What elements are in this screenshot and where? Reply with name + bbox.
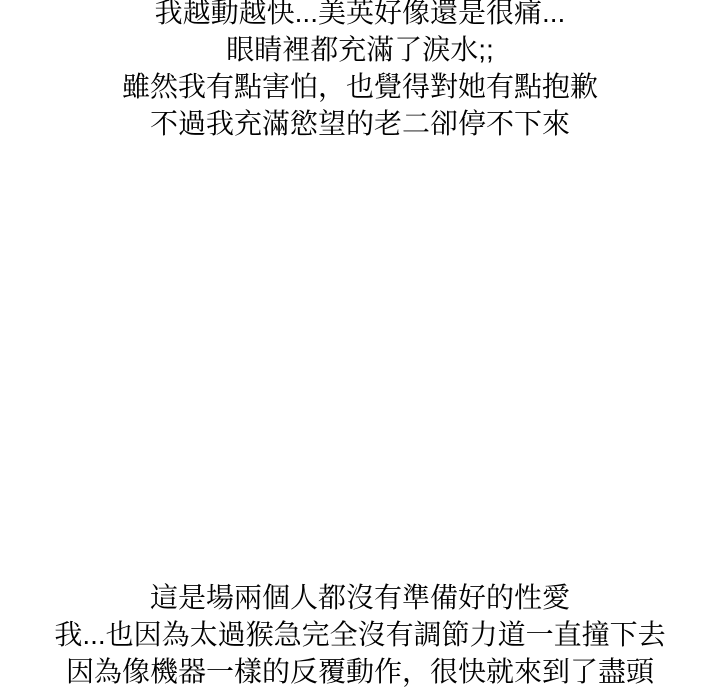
narration-line: 我越動越快...美英好像還是很痛... <box>0 0 720 31</box>
top-narration-block: 我越動越快...美英好像還是很痛... 眼睛裡都充滿了淚水;; 雖然我有點害怕，… <box>0 0 720 142</box>
narration-line: 雖然我有點害怕，也覺得對她有點抱歉 <box>0 68 720 105</box>
narration-line: 眼睛裡都充滿了淚水;; <box>0 31 720 68</box>
comic-page: 我越動越快...美英好像還是很痛... 眼睛裡都充滿了淚水;; 雖然我有點害怕，… <box>0 0 720 700</box>
narration-line: 不過我充滿慾望的老二卻停不下來 <box>0 105 720 142</box>
narration-line: 這是場兩個人都沒有準備好的性愛 <box>0 579 720 616</box>
narration-line: 因為像機器一樣的反覆動作，很快就來到了盡頭 <box>0 653 720 690</box>
narration-line: 我...也因為太過猴急完全沒有調節力道一直撞下去 <box>0 616 720 653</box>
bottom-narration-block: 這是場兩個人都沒有準備好的性愛 我...也因為太過猴急完全沒有調節力道一直撞下去… <box>0 579 720 690</box>
blank-panel-area <box>0 142 720 577</box>
